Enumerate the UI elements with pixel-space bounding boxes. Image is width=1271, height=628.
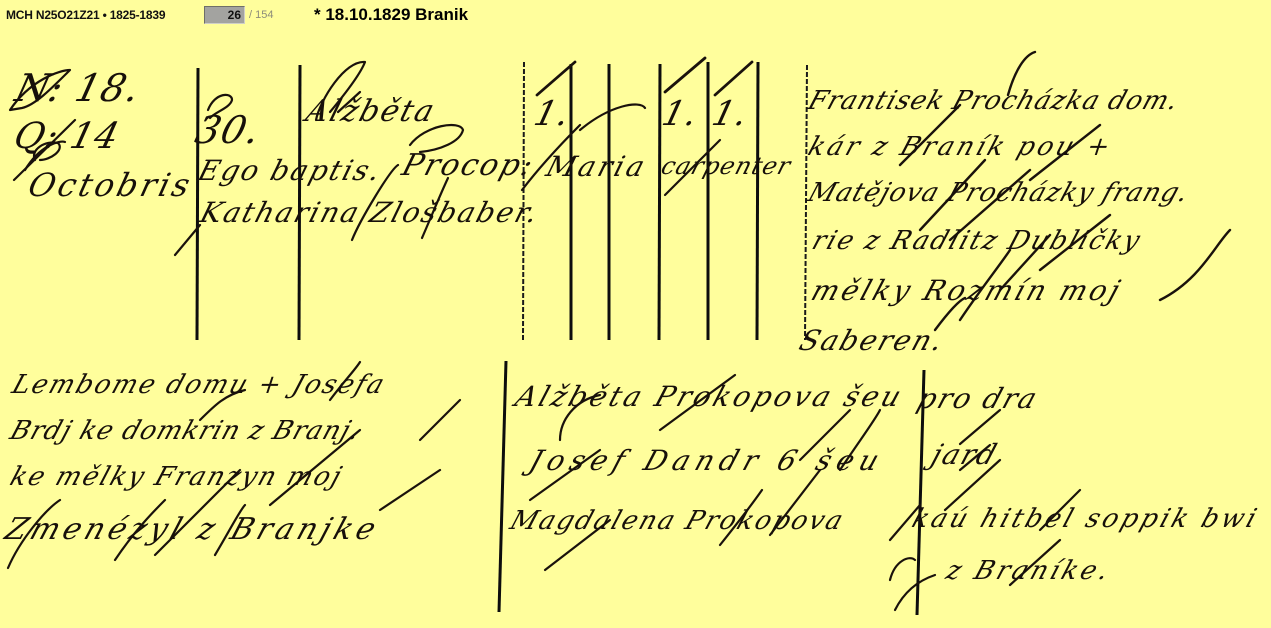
page-total: / 154 <box>249 9 273 21</box>
register-viewer: MCH N25O21Z21 • 1825-1839 / 154 * 18.10.… <box>0 0 1271 628</box>
hw-parents-line-5: mělky Rozmín moj <box>807 274 1127 307</box>
hw-bottom-left-line-3: ke mělky Franzyn moj <box>6 462 347 492</box>
hw-bottom-left-line-2: Brdj ke domkrin z Branj. <box>6 416 364 446</box>
record-title: * 18.10.1829 Branik <box>314 5 468 25</box>
hw-parents-line-6: Saberen. <box>795 324 949 357</box>
viewer-header: MCH N25O21Z21 • 1825-1839 / 154 * 18.10.… <box>0 0 1271 30</box>
source-label: MCH N25O21Z21 • 1825-1839 <box>6 8 165 22</box>
hw-parents-line-4: rie z Radlitz Dubličky <box>808 226 1145 256</box>
hw-godparents-cont-line-2: jard <box>927 438 1002 471</box>
hw-godparents-cont-line-3: kaú hitbel soppik bwi <box>908 504 1263 534</box>
hw-name-line-2: Procop: <box>398 148 539 183</box>
hw-bottom-left-line-4: Zmenézyl z Branjke <box>1 512 385 547</box>
hw-name-line-3: Katharina Zlošbaber. <box>197 196 544 229</box>
page-number-input[interactable] <box>204 6 245 24</box>
hw-bottom-left-line-1: Lembome domu + Josefa <box>8 370 390 400</box>
hw-sex-maria: Maria <box>543 150 652 183</box>
hw-parents-line-2: kár z Braník pou + <box>804 132 1117 162</box>
hw-godparents-line-3: Magdalena Prokopova <box>506 506 848 536</box>
hw-date-line-3: Octobris <box>25 166 197 204</box>
hw-occupation: carpenter <box>658 152 795 180</box>
hw-number-line-1: 30. <box>191 108 265 152</box>
hw-number-line-2: Ego baptis. <box>195 154 387 187</box>
hw-godparents-cont-line-1: pro dra <box>913 382 1043 415</box>
hw-parents-line-3: Matějova Procházky frang. <box>804 178 1193 208</box>
hw-godparents-line-1: Alžběta Prokopova šeu <box>511 380 908 413</box>
hw-name-line-1: Alžběta <box>302 94 440 129</box>
register-scan-image[interactable]: N: 18. Q: 14 Octobris 30. Ego baptis. Al… <box>0 30 1271 628</box>
hw-godparents-line-2: Josef Dandr 6 šeu <box>525 444 889 477</box>
hw-date-line-2: Q: 14 <box>10 116 124 157</box>
hw-date-line-1: N: 18. <box>11 66 145 110</box>
hw-godparents-cont-line-4: z Braníke. <box>942 556 1115 586</box>
hw-parents-line-1: Frantisek Procházka dom. <box>804 86 1183 116</box>
page-navigation: / 154 <box>204 6 273 24</box>
